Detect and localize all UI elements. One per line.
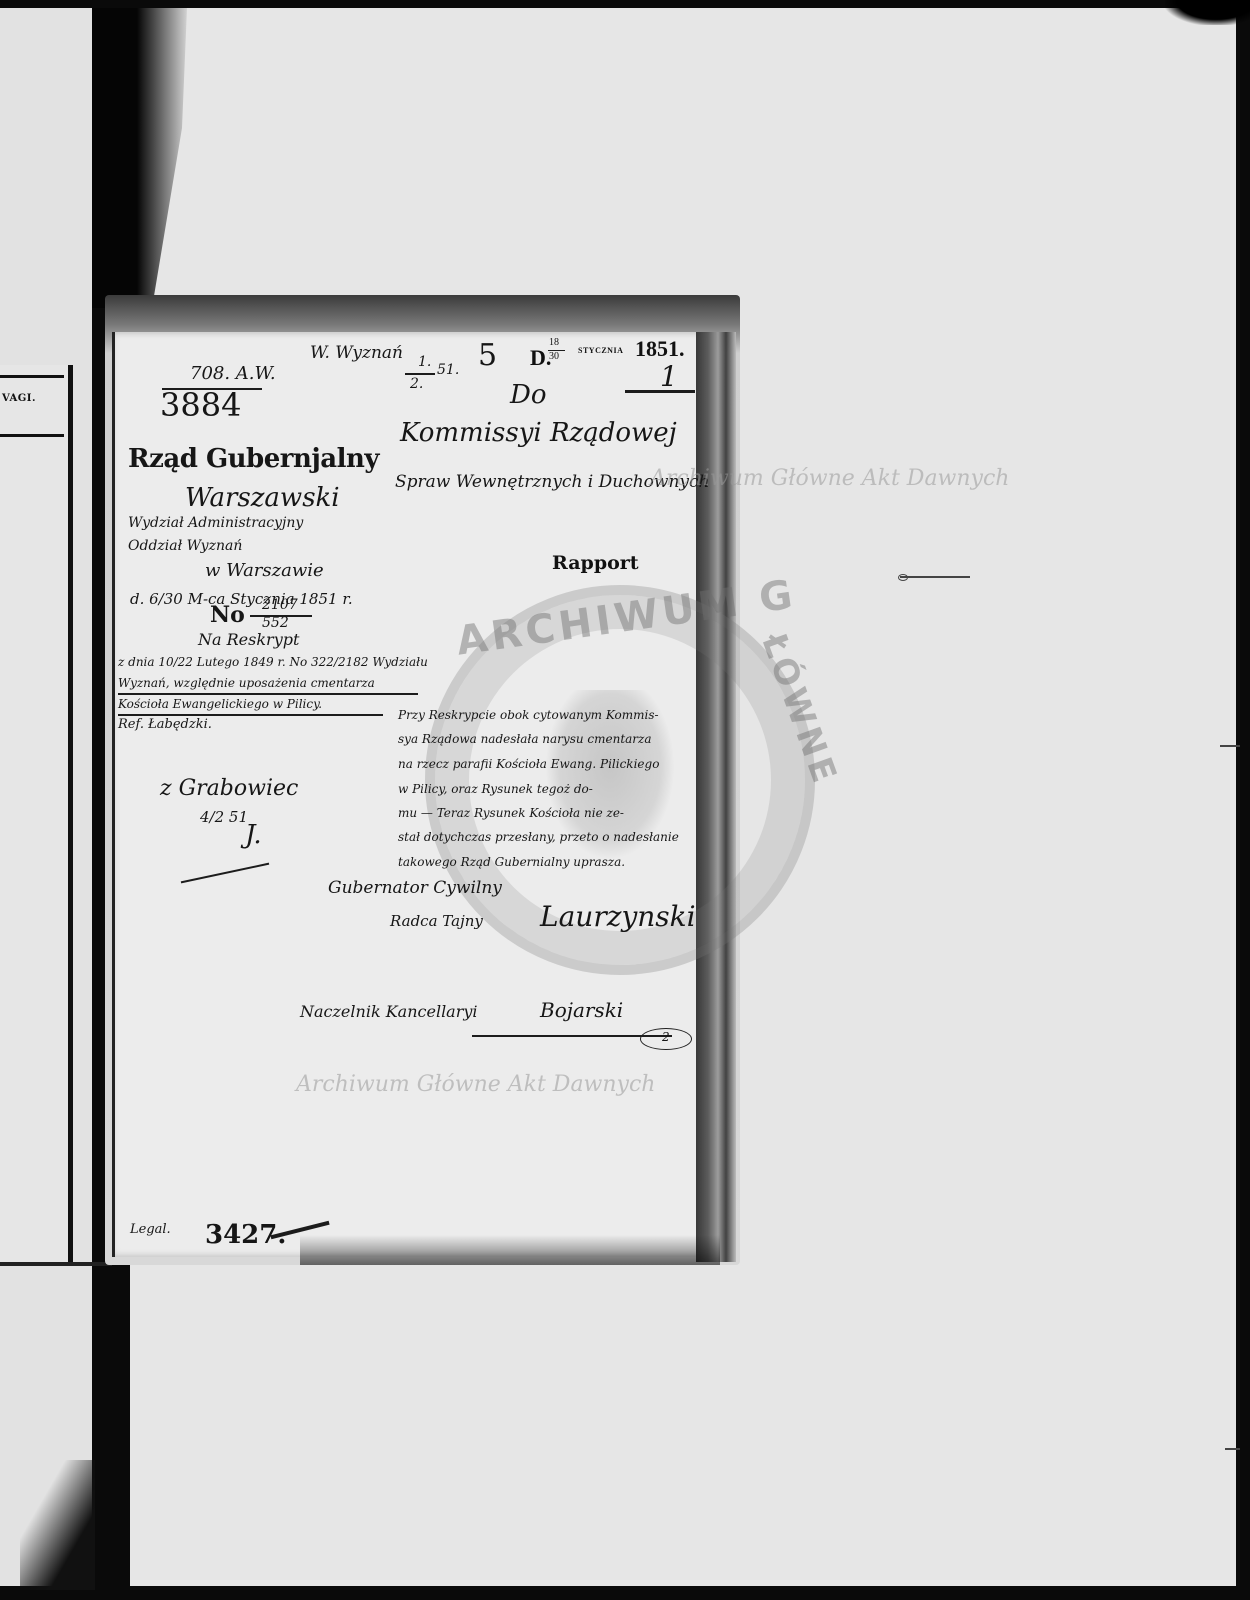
margin-note-initial: J. <box>245 820 262 850</box>
adjacent-page-bottom-edge <box>0 1262 112 1266</box>
subject-line-3: Kościoła Ewangelickiego w Pilicy. <box>118 697 322 711</box>
body-line: stał dotychczas przesłany, przeto o nade… <box>398 830 679 844</box>
body-line: sya Rządowa nadesłała narysu cmentarza <box>398 732 652 746</box>
fraction-year: 51. <box>437 362 459 378</box>
chancellery-chief-title: Naczelnik Kancellaryi <box>300 1002 478 1021</box>
salutation: Do <box>510 380 547 410</box>
sender-section: Oddział Wyznań <box>128 538 242 554</box>
subject-referent: Ref. Łabędzki. <box>118 717 212 732</box>
body-line: takowego Rząd Gubernialny uprasza. <box>398 855 625 869</box>
office-note: W. Wyznań <box>310 343 403 363</box>
recipient-line-1: Kommissyi Rządowej <box>400 418 677 448</box>
sender-authority: Rząd Gubernjalny <box>128 444 379 474</box>
date-year: 1851. <box>635 336 685 362</box>
subject-heading: Na Reskrypt <box>198 630 299 649</box>
sender-city: Warszawski <box>185 483 340 513</box>
film-mark <box>900 576 970 578</box>
subject-underline-1 <box>118 693 418 695</box>
body-line: mu — Teraz Rysunek Kościoła nie ze- <box>398 806 624 820</box>
date-day-top: 18 <box>549 337 559 348</box>
date-day-bottom: 30 <box>549 351 559 362</box>
sheet-number: 5 <box>478 338 497 373</box>
subject-line-2: Wyznań, względnie uposażenia cmentarza <box>118 676 375 690</box>
flourish-mark: 2 <box>662 1030 670 1044</box>
bottom-shadow <box>20 1460 95 1590</box>
film-mark-dot <box>898 574 908 581</box>
number-label: No <box>210 602 245 628</box>
page-mark: 1 <box>660 360 678 393</box>
sheet-bottom-shadow <box>300 1235 720 1265</box>
margin-note-place: z Grabowiec <box>160 776 298 801</box>
reference-upper: 708. A.W. <box>190 363 276 384</box>
number-bottom: 552 <box>262 615 289 631</box>
chancellery-chief-name: Bojarski <box>540 998 623 1022</box>
adjacent-page-header-text: VAGI. <box>2 393 36 404</box>
subject-line-1: z dnia 10/22 Lutego 1849 r. No 322/2182 … <box>118 655 428 669</box>
body-line: na rzecz parafii Kościoła Ewang. Pilicki… <box>398 757 659 771</box>
corner-shadow <box>1165 0 1250 25</box>
fraction-top: 1. <box>418 354 431 370</box>
fraction-bar <box>405 373 435 375</box>
document-type-heading: Rapport <box>552 552 639 574</box>
sender-department: Wydział Administracyjny <box>128 515 303 531</box>
film-mark-edge <box>1220 745 1240 747</box>
body-line: w Pilicy, oraz Rysunek tegoż do- <box>398 782 593 796</box>
subject-underline-2 <box>118 714 383 716</box>
film-mark-edge-bottom <box>1225 1448 1240 1450</box>
reference-lower: 3884 <box>160 386 241 424</box>
councillor-title: Radca Tajny <box>390 912 483 930</box>
archive-watermark-bottom: Archiwum Główne Akt Dawnych <box>296 1072 655 1097</box>
number-top: 2107 <box>262 597 298 613</box>
governor-title: Gubernator Cywilny <box>328 878 502 898</box>
margin-note-date: 4/2 51 <box>200 808 248 826</box>
adjacent-page-header-box <box>0 375 64 437</box>
archive-watermark-top: Archiwum Główne Akt Dawnych <box>650 466 1009 491</box>
footer-label: Legal. <box>130 1222 171 1237</box>
page-mark-underline <box>625 390 695 393</box>
body-line: Przy Reskrypcie obok cytowanym Kommis- <box>398 708 659 722</box>
adjacent-page-fragment: VAGI. <box>0 365 73 1265</box>
councillor-signature: Laurzynski <box>540 900 696 933</box>
fraction-bottom: 2. <box>410 376 423 392</box>
sender-location: w Warszawie <box>205 560 324 581</box>
date-month: STYCZNIA <box>578 346 623 355</box>
